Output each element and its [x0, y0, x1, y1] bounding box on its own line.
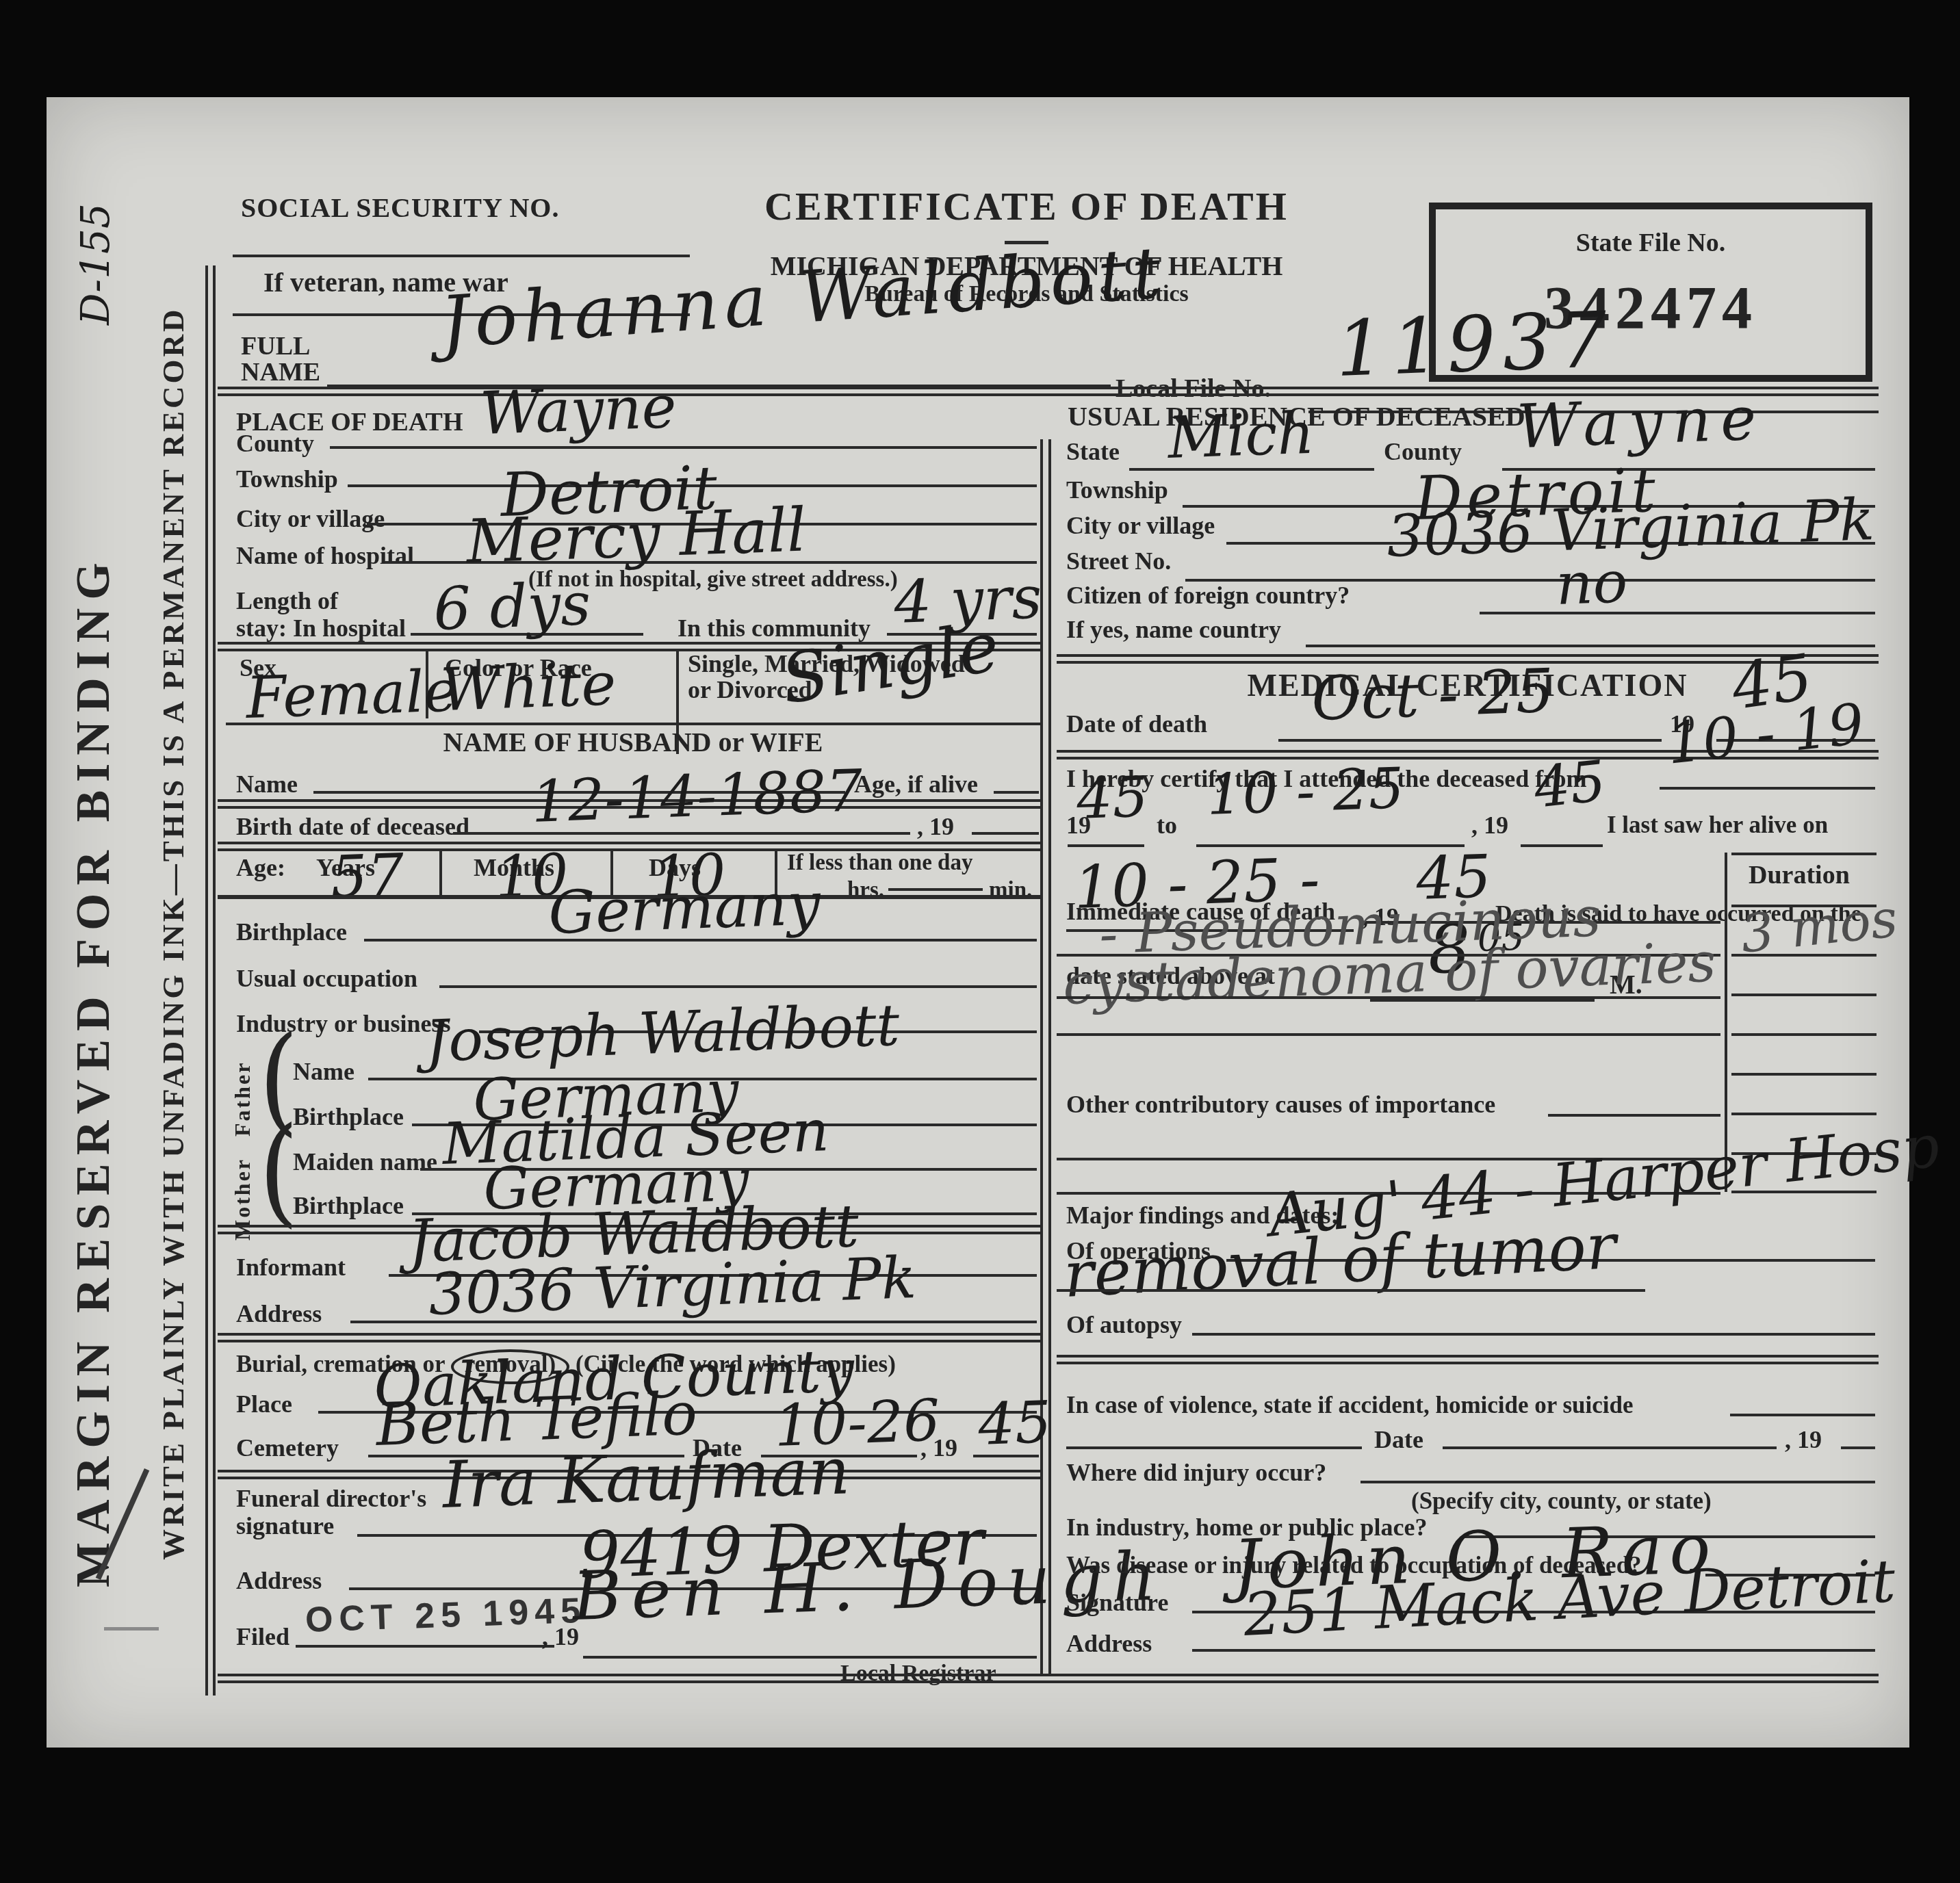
- birthdate-year-prefix: , 19: [917, 814, 954, 840]
- filed-line: [296, 1645, 554, 1648]
- residence-county-handwriting: Wayne: [1516, 388, 1767, 457]
- from-year-handwriting: 45: [1076, 769, 1149, 828]
- to-label: to: [1157, 813, 1177, 839]
- informant-address-handwriting: 3036 Virginia Pk: [428, 1249, 917, 1323]
- to-year-line: [1521, 844, 1603, 847]
- father-name-label: Name: [293, 1059, 354, 1085]
- pod-county-handwriting: Wayne: [479, 378, 678, 443]
- stay-label-1: Length of: [236, 588, 338, 614]
- pod-county-line: [330, 446, 1037, 449]
- operations-line-2-rule: [1057, 1289, 1645, 1292]
- burial-year-prefix: , 19: [920, 1436, 957, 1462]
- father-label: Father: [230, 1024, 255, 1137]
- margin-dash-mark: [104, 1627, 159, 1631]
- autopsy-label: Of autopsy: [1066, 1312, 1182, 1338]
- pod-county-label: County: [236, 431, 314, 457]
- full-name-label-1: FULL: [241, 333, 310, 361]
- duration-label: Duration: [1749, 862, 1850, 889]
- state-file-label: State File No.: [1436, 230, 1866, 257]
- director-label-2: signature: [236, 1514, 334, 1540]
- autopsy-line: [1192, 1333, 1875, 1336]
- residence-street-label: Street No.: [1066, 549, 1171, 575]
- maiden-name-label: Maiden name: [293, 1150, 437, 1176]
- director-label-1: Funeral director's: [236, 1486, 426, 1512]
- director-address-label: Address: [236, 1568, 322, 1594]
- occupation-label: Usual occupation: [236, 966, 417, 992]
- from-year-line: [1068, 844, 1144, 847]
- filed-label: Filed: [236, 1624, 289, 1650]
- violence-date-line: [1443, 1446, 1777, 1449]
- cause-line-3-rule: [1057, 1033, 1720, 1036]
- last-saw-label: I last saw her alive on: [1607, 813, 1828, 838]
- violence-line: [1730, 1414, 1875, 1416]
- birthdate-year-line: [972, 832, 1039, 835]
- informant-label: Informant: [236, 1255, 346, 1281]
- residence-state-label: State: [1066, 439, 1120, 465]
- burial-year-line: [973, 1455, 1039, 1457]
- pod-township-label: Township: [236, 467, 338, 493]
- occupation-line: [439, 985, 1037, 988]
- certificate-title: CERTIFICATE OF DEATH: [725, 186, 1328, 228]
- informant-double-rule: [218, 1333, 1042, 1342]
- sex-handwriting: Female: [245, 662, 459, 727]
- contributory-label: Other contributory causes of importance: [1066, 1092, 1495, 1118]
- father-birthplace-label: Birthplace: [293, 1104, 404, 1130]
- injury-label: Where did injury occur?: [1066, 1460, 1326, 1486]
- mother-birthplace-label: Birthplace: [293, 1193, 404, 1219]
- ssn-line: [233, 255, 690, 257]
- burial-year-handwriting: 45: [977, 1393, 1053, 1453]
- date-of-death-handwriting: Oct - 25: [1311, 661, 1555, 729]
- birthdate-label: Birth date of deceased: [236, 814, 469, 840]
- violence-date-lead-line: [1066, 1446, 1362, 1449]
- form-left-border-outer: [205, 265, 208, 1696]
- birthdate-line: [453, 832, 910, 835]
- duration-box-top-line: [1731, 853, 1877, 855]
- column-divider-right: [1048, 439, 1051, 1676]
- date-of-death-label: Date of death: [1066, 712, 1207, 738]
- scanned-death-certificate: MARGIN RESERVED FOR BINDING WRITE PLAINL…: [0, 0, 1960, 1883]
- age-divider-1: [439, 850, 442, 895]
- citizen-label: Citizen of foreign country?: [1066, 583, 1350, 609]
- residence-street-handwriting: 3036 Virginia Pk: [1386, 491, 1875, 565]
- mother-label: Mother: [230, 1121, 255, 1241]
- cause-line-2-rule: [1057, 996, 1720, 999]
- violence-year-line: [1841, 1446, 1875, 1449]
- contributory-label-line: [1548, 1114, 1720, 1117]
- pod-city-label: City or village: [236, 506, 385, 532]
- to-year-prefix: , 19: [1471, 813, 1508, 839]
- stay-hospital-handwriting: 6 dys: [433, 575, 592, 639]
- name-country-label: If yes, name country: [1066, 617, 1281, 643]
- full-name-label-2: NAME: [241, 359, 320, 387]
- margin-permanent-record-text: WRITE PLAINLY WITH UNFADING INK—THIS IS …: [157, 287, 190, 1560]
- age-label: Age:: [236, 855, 285, 881]
- findings-double-rule: [1057, 1355, 1879, 1364]
- physician-signature-label: Signature: [1066, 1590, 1168, 1616]
- attended-to-handwriting: 10 - 25: [1206, 761, 1405, 824]
- injury-line: [1361, 1481, 1875, 1483]
- duration-line-5: [1731, 1073, 1877, 1076]
- margin-file-note-handwriting: D-155: [75, 113, 115, 325]
- attended-from-line: [1660, 787, 1875, 790]
- violence-date-label: Date: [1374, 1427, 1423, 1453]
- stay-label-2: stay: In hospital: [236, 616, 406, 642]
- physician-address-line: [1192, 1649, 1875, 1652]
- registrar-line: [583, 1656, 1037, 1659]
- father-name-handwriting: Joseph Waldbott: [424, 996, 901, 1070]
- burial-place-label: Place: [236, 1392, 292, 1418]
- pod-hospital-label: Name of hospital: [236, 543, 414, 569]
- date-of-death-line: [1278, 739, 1662, 742]
- residence-city-label: City or village: [1066, 513, 1215, 539]
- duration-line-2: [1731, 954, 1877, 957]
- race-handwriting: White: [439, 655, 617, 720]
- cemetery-label: Cemetery: [236, 1436, 339, 1462]
- hrs-line: [888, 888, 983, 891]
- local-file-number-handwriting: 11937: [1334, 302, 1615, 388]
- sex-row-line: [226, 723, 1040, 725]
- spouse-name-label: Name: [236, 772, 298, 798]
- violence-year-prefix: , 19: [1785, 1427, 1822, 1453]
- pod-hospital-handwriting: Mercy Hall: [465, 500, 807, 572]
- spouse-header: NAME OF HUSBAND or WIFE: [226, 728, 1040, 757]
- spouse-age-line: [994, 791, 1039, 794]
- duration-handwriting: 3 mos: [1738, 892, 1900, 961]
- residence-township-label: Township: [1066, 478, 1168, 504]
- duration-line-4: [1731, 1033, 1877, 1036]
- birthplace-label: Birthplace: [236, 920, 347, 946]
- margin-binding-text: MARGIN RESERVED FOR BINDING: [68, 520, 119, 1587]
- residence-state-handwriting: Mich: [1167, 404, 1315, 467]
- violence-label: In case of violence, state if accident, …: [1066, 1393, 1634, 1418]
- citizen-handwriting: no: [1555, 553, 1629, 613]
- physician-address-label: Address: [1066, 1631, 1152, 1657]
- director-handwriting: Ira Kaufman: [441, 1440, 851, 1518]
- ssn-label: SOCIAL SECURITY NO.: [241, 194, 559, 222]
- duration-line-3: [1731, 994, 1877, 996]
- form-left-border-inner: [213, 265, 216, 1696]
- to-year-handwriting: 45: [1532, 753, 1608, 816]
- duration-line-6: [1731, 1113, 1877, 1115]
- informant-address-label: Address: [236, 1301, 322, 1327]
- bottom-double-rule: [218, 1674, 1879, 1683]
- spouse-age-label: Age, if alive: [854, 772, 978, 798]
- citizen-line: [1480, 612, 1875, 614]
- birthdate-handwriting: 12-14-1887: [530, 762, 864, 831]
- birthplace-handwriting: Germany: [547, 874, 821, 943]
